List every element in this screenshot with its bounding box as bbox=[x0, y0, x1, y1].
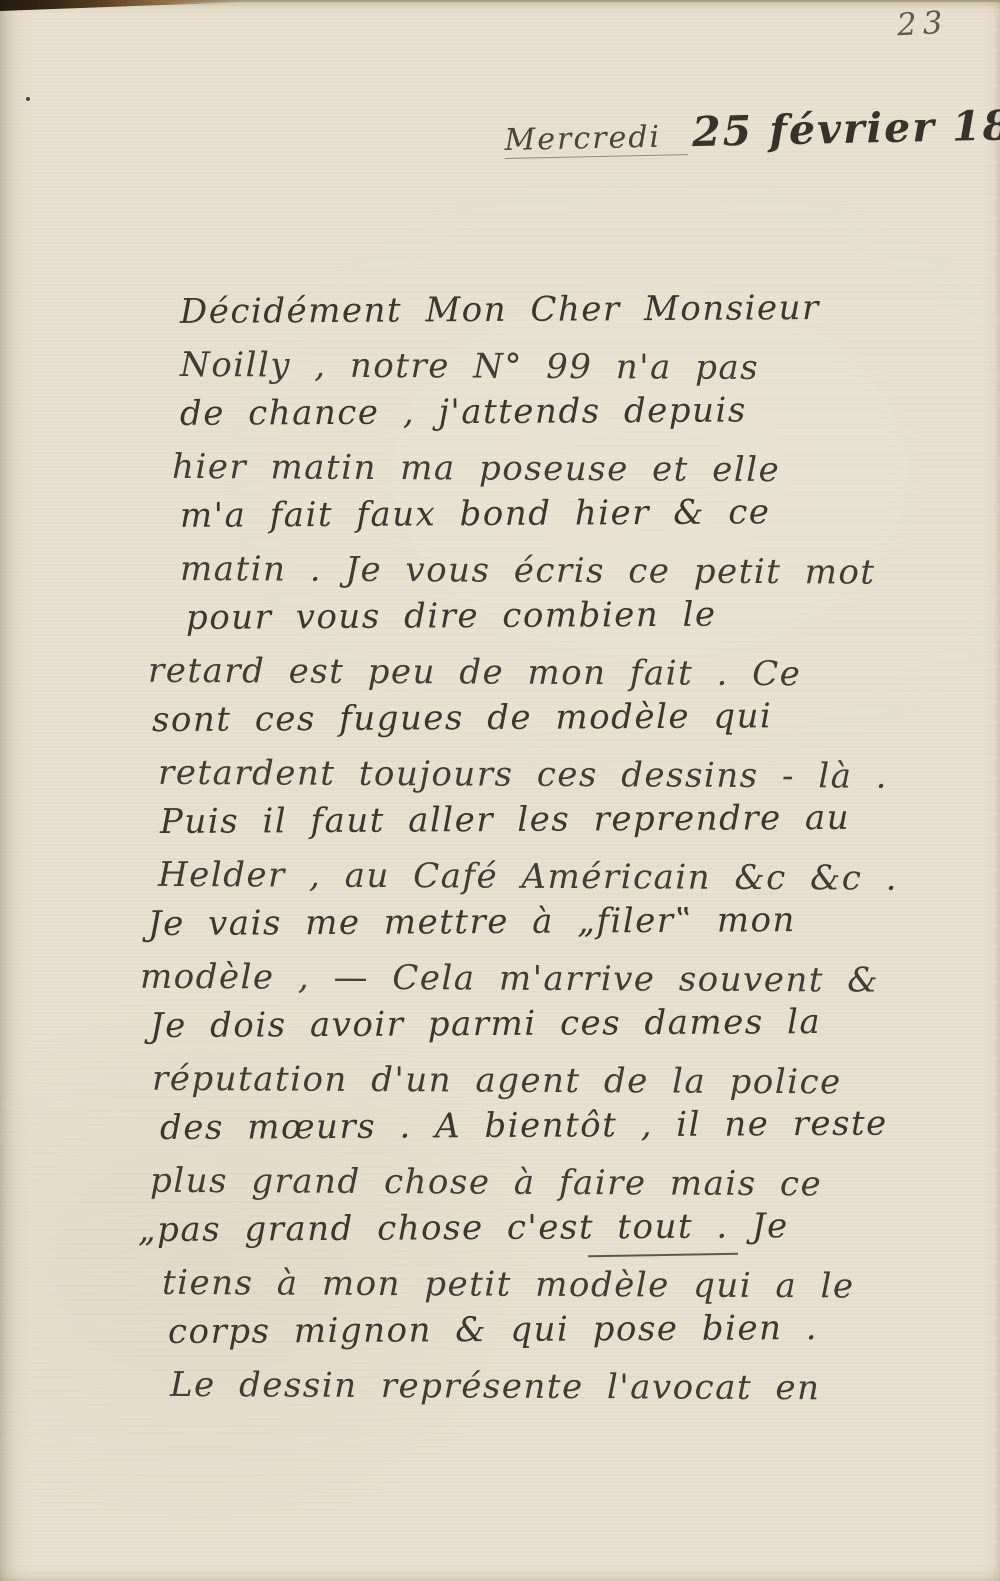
date-weekday: Mercredi bbox=[504, 119, 687, 159]
letter-line: Décidément Mon Cher Monsieur bbox=[0, 282, 1000, 339]
letter-line: pour vous dire combien le bbox=[0, 588, 1000, 645]
date-line: Mercredi 25 février 1880 - bbox=[504, 99, 1000, 160]
binding-edge bbox=[0, 0, 242, 11]
page-number: 23 bbox=[896, 5, 949, 44]
letter-line: des mœurs . A bientôt , il ne reste bbox=[0, 1098, 1000, 1155]
letter-line: m'a fait faux bond hier & ce bbox=[0, 486, 1000, 543]
letter-line: Je vais me mettre à „filer‟ mon bbox=[0, 894, 1000, 951]
manuscript-page: 23 Mercredi 25 février 1880 - Décidément… bbox=[0, 0, 1000, 1581]
letter-line: Je dois avoir parmi ces dames la bbox=[0, 996, 1000, 1053]
letter-line: Le dessin représente l'avocat en bbox=[0, 1359, 1000, 1415]
ink-speck bbox=[26, 97, 30, 101]
date-value: 25 février 1880 - bbox=[692, 99, 1000, 156]
letter-line: corps mignon & qui pose bien . bbox=[0, 1302, 1000, 1359]
letter-line: sont ces fugues de modèle qui bbox=[0, 690, 1000, 747]
letter-body: Décidément Mon Cher Monsieur Noilly , no… bbox=[0, 288, 1000, 1410]
letter-line: Puis il faut aller les reprendre au bbox=[0, 792, 1000, 849]
letter-line: „pas grand chose c'est tout . Je bbox=[0, 1200, 1000, 1257]
letter-line: de chance , j'attends depuis bbox=[0, 384, 1000, 441]
